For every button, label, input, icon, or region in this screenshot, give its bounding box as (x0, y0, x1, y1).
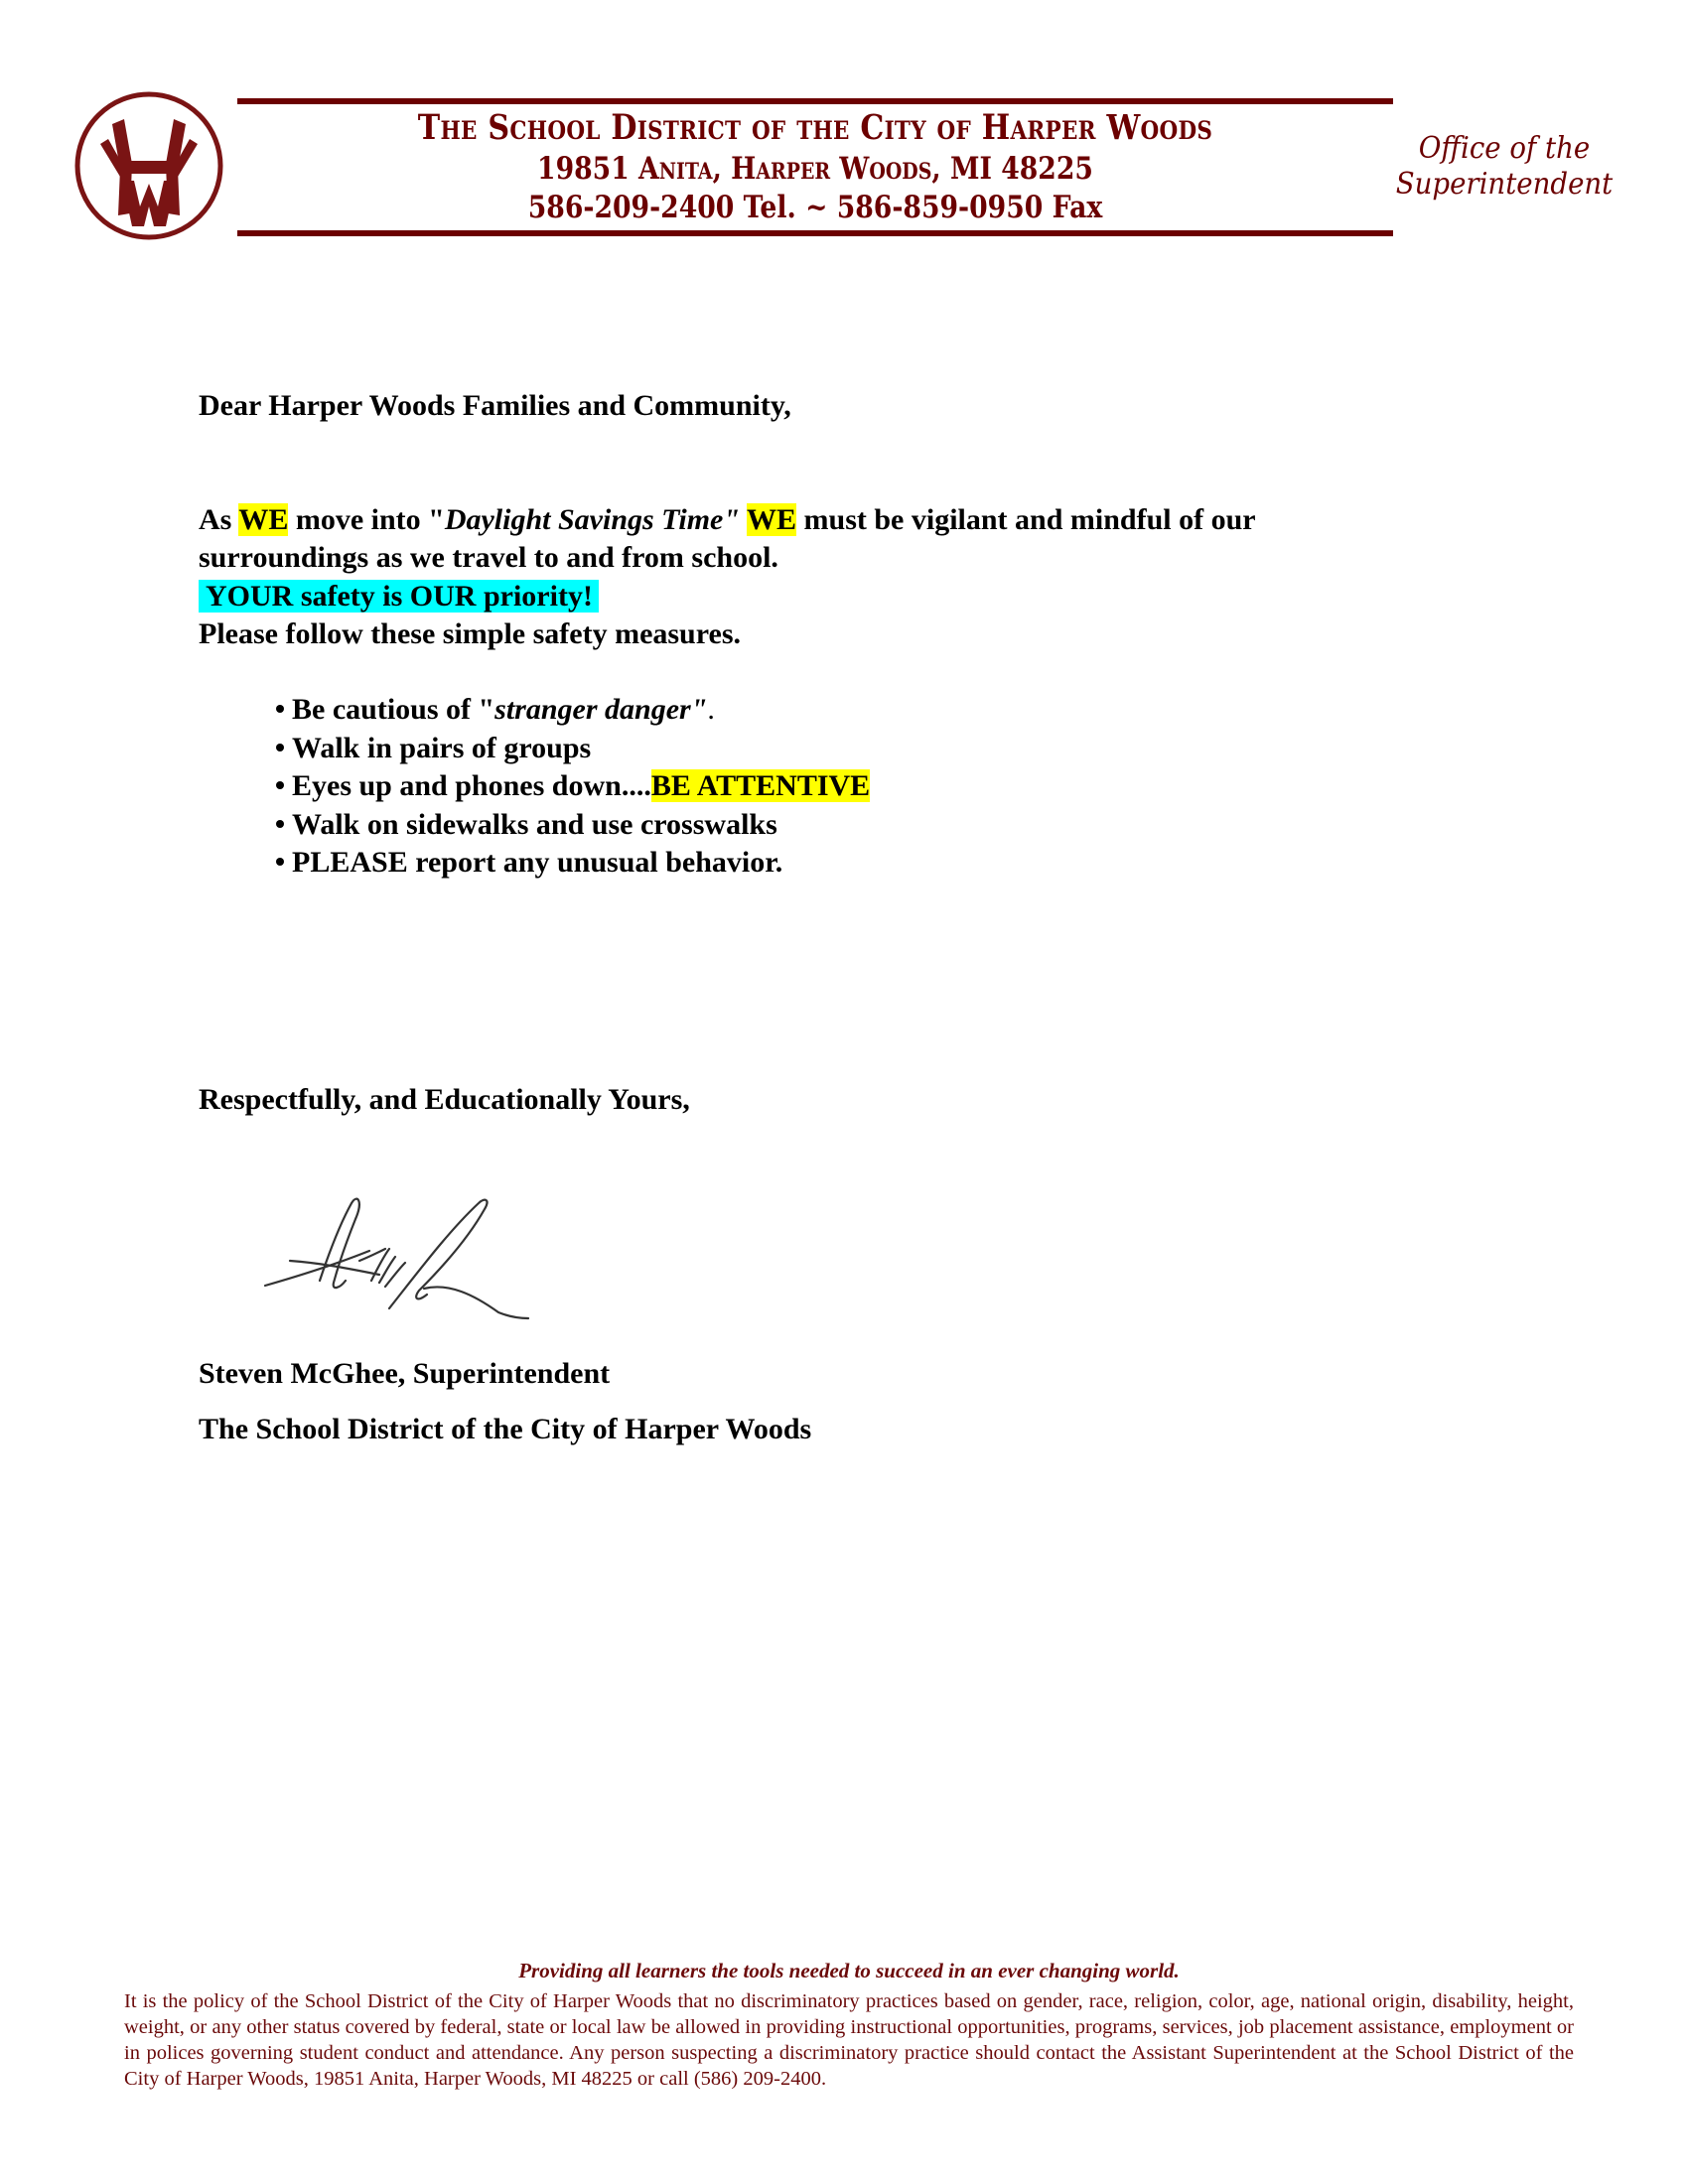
be-attentive-highlight: BE ATTENTIVE (651, 769, 870, 802)
paragraph-line-1: As WE move into "Daylight Savings Time" … (199, 501, 1256, 539)
bullet-icon (276, 781, 284, 789)
text: PLEASE report any unusual behavior. (292, 846, 782, 879)
list-item: Walk on sidewalks and use crosswalks (276, 806, 870, 845)
priority-line: YOUR safety is OUR priority! (199, 578, 599, 615)
district-title: The School District of the City of Harpe… (318, 107, 1312, 148)
office-of-superintendent: Office of the Superintendent (1381, 131, 1627, 203)
measures-intro: Please follow these simple safety measur… (199, 615, 741, 653)
signer-name: Steven McGhee, Superintendent (199, 1355, 610, 1393)
highlight-we: WE (747, 503, 796, 536)
list-item: Eyes up and phones down....BE ATTENTIVE (276, 767, 870, 806)
footer-tagline: Providing all learners the tools needed … (119, 1959, 1579, 1983)
salutation: Dear Harper Woods Families and Community… (199, 387, 791, 425)
header-rule-bottom (237, 230, 1393, 236)
text: must be vigilant and mindful of our (796, 503, 1256, 536)
paragraph-line-2: surroundings as we travel to and from sc… (199, 539, 778, 577)
text (740, 503, 747, 536)
text: Walk on sidewalks and use crosswalks (292, 808, 777, 841)
highlight-we: WE (238, 503, 288, 536)
office-line-1: Office of the (1381, 131, 1627, 167)
list-item: PLEASE report any unusual behavior. (276, 844, 870, 883)
text: As (199, 503, 238, 536)
priority-highlight: YOUR safety is OUR priority! (199, 580, 599, 613)
closing: Respectfully, and Educationally Yours, (199, 1081, 690, 1119)
district-address: 19851 Anita, Harper Woods, MI 48225 (318, 151, 1312, 187)
text: . (707, 693, 715, 726)
list-item: Be cautious of "stranger danger". (276, 691, 870, 730)
list-item: Walk in pairs of groups (276, 730, 870, 768)
bullet-icon (276, 858, 284, 866)
stranger-danger-italic: stranger danger" (494, 693, 707, 726)
bullet-icon (276, 744, 284, 751)
nondiscrimination-policy: It is the policy of the School District … (124, 1988, 1574, 2092)
text: Be cautious of " (292, 693, 494, 726)
hw-logo-icon (72, 89, 225, 242)
text: Eyes up and phones down.... (292, 769, 651, 802)
text: move into " (288, 503, 444, 536)
district-phone-fax: 586-209-2400 Tel. ~ 586-859-0950 Fax (318, 190, 1312, 225)
daylight-savings-italic: Daylight Savings Time" (445, 503, 740, 536)
bullet-icon (276, 705, 284, 713)
text: Walk in pairs of groups (292, 732, 591, 764)
header-rule-top (237, 98, 1393, 104)
bullet-icon (276, 820, 284, 828)
safety-measures-list: Be cautious of "stranger danger". Walk i… (276, 691, 870, 883)
signature-icon (260, 1191, 558, 1322)
office-line-2: Superintendent (1381, 167, 1627, 203)
signer-organization: The School District of the City of Harpe… (199, 1411, 811, 1448)
